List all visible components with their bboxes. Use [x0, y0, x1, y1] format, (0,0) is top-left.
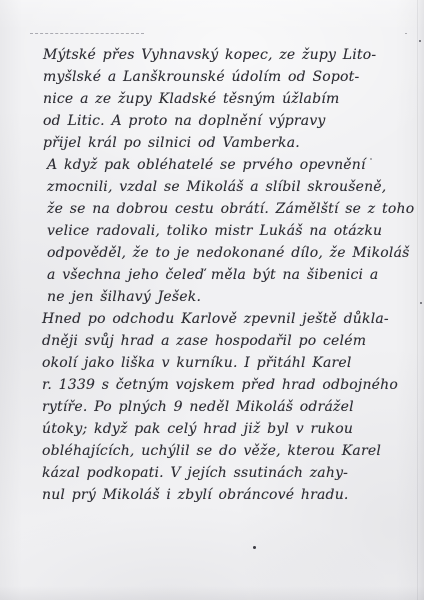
handwritten-line: obléhajících, uchýlil se do věže, kterou… [33, 440, 399, 462]
handwritten-line: dněji svůj hrad a zase hospodařil po cel… [33, 330, 399, 352]
handwritten-line: A když pak obléhatelé se prvého opevnění [33, 154, 399, 176]
handwritten-line: že se na dobrou cestu obrátí. Zámělští s… [33, 198, 399, 220]
handwritten-line: nul prý Mikoláš i zbylí obráncové hradu. [33, 484, 399, 506]
handwritten-text: Mýtské přes Vyhnavský kopec, ze župy Lit… [33, 44, 399, 506]
ink-speck [420, 302, 422, 304]
handwritten-line: zmocnili, vzdal se Mikoláš a slíbil skro… [33, 176, 399, 198]
handwritten-line: útoky; když pak celý hrad již byl v ruko… [33, 418, 399, 440]
paragraph: A když pak obléhatelé se prvého opevnění… [33, 154, 399, 308]
ink-speck [370, 158, 372, 160]
handwritten-line: od Litic. A proto na doplnění výpravy [33, 110, 399, 132]
handwritten-line: a všechna jeho čeleď měla být na šibenic… [33, 264, 399, 286]
manuscript-page: Mýtské přes Vyhnavský kopec, ze župy Lit… [0, 0, 424, 600]
pencil-mark-line [30, 33, 144, 34]
handwritten-line: přijel král po silnici od Vamberka. [33, 132, 399, 154]
ink-speck [253, 546, 256, 549]
ink-speck [405, 33, 407, 34]
handwritten-line: rytíře. Po plných 9 neděl Mikoláš odráže… [33, 396, 399, 418]
handwritten-line: ne jen šilhavý Ješek. [33, 286, 399, 308]
handwritten-line: nice a ze župy Kladské těsným úžlabím [33, 88, 399, 110]
handwritten-line: okolí jako liška v kurníku. I přitáhl Ka… [33, 352, 399, 374]
handwritten-line: odpověděl, že to je nedokonané dílo, že … [33, 242, 399, 264]
paragraph: Hned po odchodu Karlově zpevnil ještě dů… [33, 308, 399, 506]
handwritten-line: kázal podkopati. V jejích ssutinách zahy… [33, 462, 399, 484]
handwritten-line: Hned po odchodu Karlově zpevnil ještě dů… [33, 308, 399, 330]
handwritten-line: myšlské a Lanškrounské údolím od Sopot- [33, 66, 399, 88]
handwritten-line: velice radovali, toliko mistr Lukáš na o… [33, 220, 399, 242]
paragraph: Mýtské přes Vyhnavský kopec, ze župy Lit… [33, 44, 399, 154]
handwritten-line: Mýtské přes Vyhnavský kopec, ze župy Lit… [33, 44, 399, 66]
handwritten-line: r. 1339 s četným vojskem před hrad odboj… [33, 374, 399, 396]
ink-speck [419, 40, 421, 42]
page-edge-shadow [417, 0, 418, 600]
